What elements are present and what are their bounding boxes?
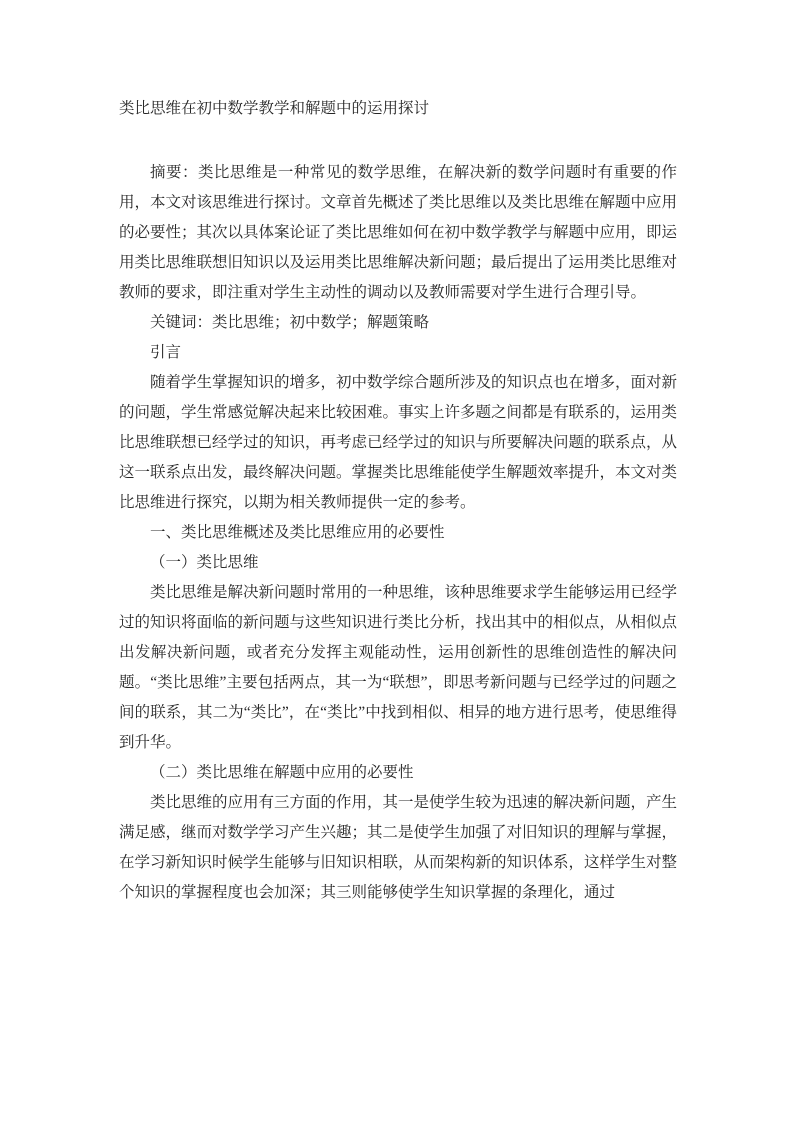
- abstract-paragraph: 摘要：类比思维是一种常见的数学思维，在解决新的数学问题时有重要的作用，本文对该思…: [119, 158, 677, 308]
- document-content: 类比思维在初中数学教学和解题中的运用探讨 摘要：类比思维是一种常见的数学思维，在…: [119, 94, 677, 908]
- subsection-one-2-paragraph: 类比思维的应用有三方面的作用，其一是使学生较为迅速的解决新问题，产生满足感，继而…: [119, 788, 677, 908]
- subsection-heading-one-1: （一）类比思维: [119, 548, 677, 578]
- section-heading-one: 一、类比思维概述及类比思维应用的必要性: [119, 518, 677, 548]
- section-heading-introduction: 引言: [119, 338, 677, 368]
- keywords-line: 关键词：类比思维；初中数学；解题策略: [119, 308, 677, 338]
- document-page: 类比思维在初中数学教学和解题中的运用探讨 摘要：类比思维是一种常见的数学思维，在…: [0, 0, 793, 1122]
- subsection-heading-one-2: （二）类比思维在解题中应用的必要性: [119, 758, 677, 788]
- introduction-paragraph: 随着学生掌握知识的增多，初中数学综合题所涉及的知识点也在增多，面对新的问题，学生…: [119, 368, 677, 518]
- subsection-one-1-paragraph: 类比思维是解决新问题时常用的一种思维，该种思维要求学生能够运用已经学过的知识将面…: [119, 578, 677, 758]
- document-title: 类比思维在初中数学教学和解题中的运用探讨: [119, 94, 677, 124]
